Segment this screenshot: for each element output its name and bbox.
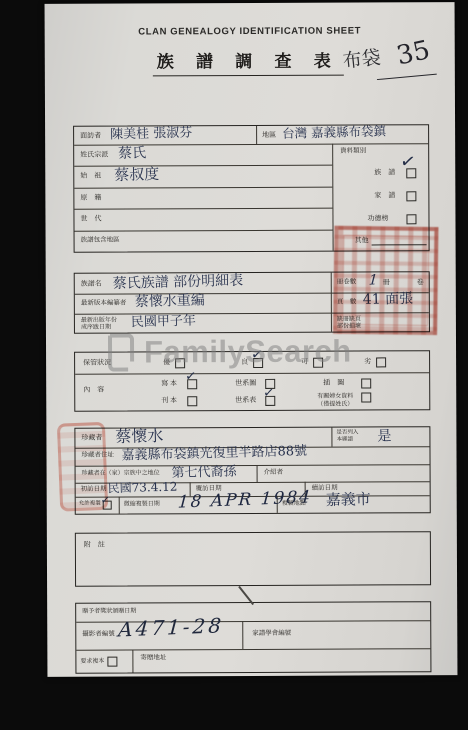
photographer-number-label: 攝影者編號 — [82, 632, 115, 639]
handwritten-annotation: 布袋 — [342, 49, 382, 72]
content-kanben-checkbox — [187, 396, 197, 406]
founder-value: 蔡叔度 — [114, 167, 159, 183]
genealogy-name-value: 蔡氏族譜 部份明細表 — [113, 274, 244, 291]
notes-label: 附 註 — [84, 542, 105, 549]
founder-label: 始 祖 — [80, 173, 101, 180]
category-gongde-checkbox — [406, 214, 416, 224]
handwritten-annotation-number: 35 — [394, 37, 432, 69]
scanned-paper-page: CLAN GENEALOGY IDENTIFICATION SHEET 族 譜 … — [45, 2, 458, 677]
condition-liang-label: 良 — [241, 359, 248, 366]
mailing-address-label: 寄贈地址 — [140, 655, 166, 662]
area-label: 地區 — [262, 132, 276, 139]
microfilm-date-label: 微縮複製日期 — [124, 501, 160, 507]
pub-year-label-line1: 最新出版年份 — [81, 318, 117, 324]
surname-label: 姓氏宗派 — [80, 152, 108, 159]
request-copy-label: 要求複本 — [80, 659, 104, 665]
photographer-number-value: A471-28 — [118, 615, 225, 639]
content-kanben-label: 刊 本 — [161, 397, 177, 404]
award-date-label: 贈予者獎狀頒贈日期 — [82, 609, 136, 615]
listed-label-line1: 是否列入 — [336, 431, 358, 437]
introducer-label: 介紹者 — [264, 470, 284, 477]
pub-year-value: 民國甲子年 — [131, 315, 196, 330]
genealogy-name-label: 族譜名 — [81, 281, 102, 288]
coverage-label: 族譜包含地區 — [81, 238, 120, 245]
surname-value: 蔡氏 — [118, 146, 146, 161]
content-xieben-label: 寫 本 — [161, 380, 177, 387]
content-shixitu-label: 世系圖 — [235, 380, 256, 387]
category-zupu-label: 族 譜 — [374, 169, 395, 176]
section-filming-info: 贈予者獎狀頒贈日期 攝影者編號 A471-28 家譜學會編號 要求複本 寄贈地址 — [75, 601, 431, 674]
checkmark-icon — [185, 370, 197, 384]
annotation-underline — [377, 74, 437, 80]
copy-place-value: 嘉義市 — [326, 492, 371, 508]
english-title: CLAN GENEALOGY IDENTIFICATION SHEET — [45, 26, 455, 37]
section-notes: 附 註 — [75, 531, 431, 587]
holder-position-value: 第七代裔孫 — [171, 465, 236, 480]
content-label: 內 容 — [83, 387, 104, 394]
pub-year-label-line2: 成序跋日期 — [81, 325, 111, 331]
holder-value: 蔡懷水 — [115, 428, 163, 445]
content-shixibiao-label: 世系表 — [235, 397, 256, 404]
content-women-checkbox — [361, 392, 371, 402]
first-visit-value: 民國73.4.12 — [108, 481, 178, 495]
editor-label: 最新版本編纂者 — [81, 301, 127, 308]
condition-label: 保管狀況 — [83, 360, 111, 367]
condition-you-checkbox — [175, 358, 185, 368]
checkmark-icon — [263, 386, 275, 400]
category-jiapu-label: 家 譜 — [374, 192, 395, 199]
red-seal-stamp — [333, 226, 438, 335]
interviewer-value: 陳美桂 張淑芬 — [110, 126, 192, 141]
section-condition-content: 保管狀況 優 良 可 劣 內 容 寫 本 刊 本 世系圖 世系表 插 圖 有關婦… — [74, 350, 430, 412]
content-chatu-checkbox — [361, 378, 371, 388]
checkmark-icon — [399, 152, 417, 172]
area-value: 台灣 嘉義縣布袋鎮 — [282, 125, 386, 140]
content-women-note: （僅提姓氏） — [317, 402, 353, 408]
content-women-label: 有關婦女資料 — [317, 394, 353, 400]
condition-lie-label: 劣 — [364, 358, 371, 365]
holder-address-value: 嘉義縣布袋鎮光復里半路店88號 — [121, 445, 307, 463]
condition-you-label: 優 — [163, 359, 170, 366]
checkmark-icon — [250, 347, 264, 362]
chinese-title: 族 譜 調 查 表 — [153, 53, 344, 77]
content-chatu-label: 插 圖 — [323, 380, 344, 387]
red-seal-inner-frame — [342, 235, 429, 326]
listed-value: 是 — [377, 429, 391, 443]
category-gongde-label: 功德榜 — [367, 215, 388, 222]
origin-label: 原 籍 — [80, 195, 101, 202]
section-holder-info: 珍藏者 蔡懷水 是否列入 本縣譜 是 珍藏者住址 嘉義縣布袋鎮光復里半路店88號… — [74, 426, 430, 515]
scanned-genealogy-sheet: { "document": { "en_title": "CLAN GENEAL… — [0, 0, 468, 730]
condition-ke-checkbox — [313, 358, 323, 368]
chinese-title-text: 族 譜 調 查 表 — [157, 52, 340, 72]
society-number-label: 家譜學會編號 — [252, 631, 291, 638]
interviewer-label: 面訪者 — [80, 133, 101, 140]
category-label: 資料類別 — [340, 148, 366, 155]
listed-label-line2: 本縣譜 — [336, 438, 353, 444]
copy-place-label: 複製地點 — [282, 501, 306, 507]
category-jiapu-checkbox — [406, 191, 416, 201]
faint-pink-stamp — [57, 422, 108, 512]
request-copy-checkbox — [107, 657, 117, 667]
editor-value: 蔡懷水重編 — [135, 293, 205, 309]
condition-ke-label: 可 — [301, 359, 308, 366]
generation-label: 世 代 — [80, 216, 101, 223]
condition-lie-checkbox — [376, 357, 386, 367]
